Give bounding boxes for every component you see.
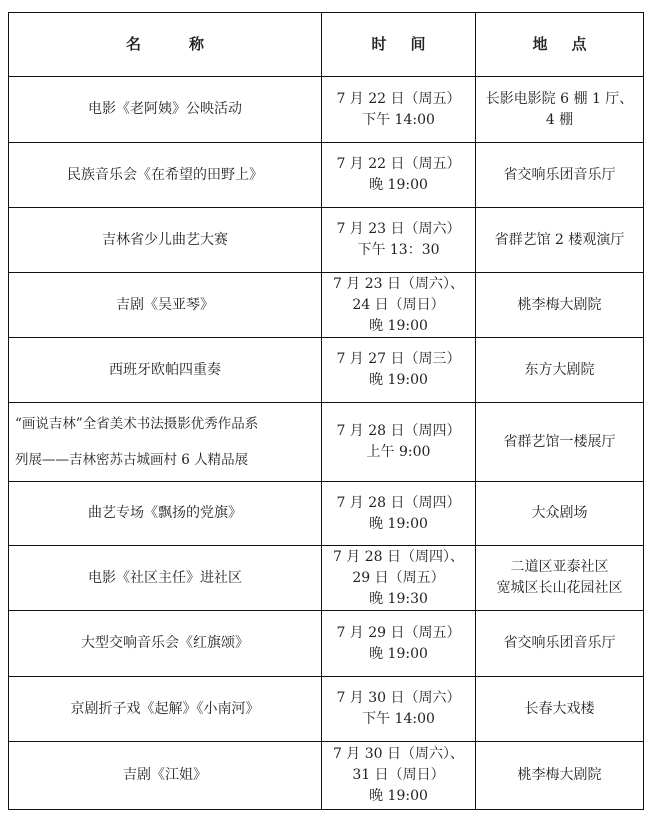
name-text: 西班牙欧帕四重奏	[11, 360, 319, 381]
time-text: 晚 19:00	[324, 786, 473, 807]
cell-time: 7 月 29 日（周五）晚 19:00	[322, 611, 476, 677]
place-text: 省交响乐团音乐厅	[478, 633, 641, 654]
header-place-char-1: 地	[532, 35, 547, 53]
cell-time: 7 月 28 日（周四）上午 9:00	[322, 403, 476, 482]
time-text: 7 月 22 日（周五）	[324, 154, 473, 175]
name-text: 民族音乐会《在希望的田野上》	[11, 165, 319, 186]
header-place: 地点	[476, 13, 644, 77]
name-text: 吉剧《吴亚琴》	[11, 295, 319, 316]
time-text: 29 日（周五）	[324, 568, 473, 589]
header-place-char-2: 点	[572, 35, 587, 53]
place-text: 省群艺馆 2 楼观演厅	[478, 230, 641, 251]
cell-time: 7 月 28 日（周四）晚 19:00	[322, 482, 476, 546]
header-name-char-2: 称	[189, 35, 204, 53]
cell-time: 7 月 23 日（周六）、24 日（周日）晚 19:00	[322, 273, 476, 338]
place-text: 省交响乐团音乐厅	[478, 165, 641, 186]
time-text: 24 日（周日）	[324, 295, 473, 316]
table-row: 电影《社区主任》进社区7 月 28 日（周四）、29 日（周五）晚 19:30二…	[9, 546, 644, 611]
cell-place: 东方大剧院	[476, 338, 644, 403]
cell-name: 吉剧《江姐》	[9, 742, 322, 810]
time-text: 晚 19:00	[324, 316, 473, 337]
cell-place: 省交响乐团音乐厅	[476, 611, 644, 677]
table-row: 曲艺专场《飘扬的党旗》7 月 28 日（周四）晚 19:00大众剧场	[9, 482, 644, 546]
table-row: 京剧折子戏《起解》《小南河》7 月 30 日（周六）下午 14:00长春大戏楼	[9, 677, 644, 742]
place-text: 二道区亚泰社区	[478, 557, 641, 578]
time-text: 下午 14:00	[324, 709, 473, 730]
time-text: 7 月 22 日（周五）	[324, 89, 473, 110]
place-text: 4 棚	[478, 110, 641, 131]
cell-place: 省群艺馆 2 楼观演厅	[476, 208, 644, 273]
cell-place: 长影电影院 6 棚 1 厅、4 棚	[476, 77, 644, 143]
cell-name: 西班牙欧帕四重奏	[9, 338, 322, 403]
time-text: 晚 19:30	[324, 589, 473, 610]
cell-time: 7 月 30 日（周六）下午 14:00	[322, 677, 476, 742]
name-text: 列展——吉林密苏古城画村 6 人精品展	[15, 442, 319, 478]
cell-place: 桃李梅大剧院	[476, 742, 644, 810]
place-text: 大众剧场	[478, 503, 641, 524]
name-text: 电影《社区主任》进社区	[11, 568, 319, 589]
header-name-char-1: 名	[126, 35, 141, 53]
time-text: 7 月 23 日（周六）、	[324, 274, 473, 295]
cell-place: 二道区亚泰社区宽城区长山花园社区	[476, 546, 644, 611]
header-time-char-1: 时	[371, 35, 386, 53]
name-text: 吉林省少儿曲艺大赛	[11, 230, 319, 251]
table-row: 吉剧《江姐》7 月 30 日（周六）、31 日（周日）晚 19:00桃李梅大剧院	[9, 742, 644, 810]
place-text: 桃李梅大剧院	[478, 765, 641, 786]
header-time-char-2: 间	[411, 35, 426, 53]
table-row: 大型交响音乐会《红旗颂》7 月 29 日（周五）晚 19:00省交响乐团音乐厅	[9, 611, 644, 677]
time-text: 7 月 28 日（周四）	[324, 421, 473, 442]
time-text: 下午 13：30	[324, 240, 473, 261]
time-text: 晚 19:00	[324, 175, 473, 196]
header-time: 时间	[322, 13, 476, 77]
table-row: 西班牙欧帕四重奏7 月 27 日（周三）晚 19:00东方大剧院	[9, 338, 644, 403]
header-row: 名称 时间 地点	[9, 13, 644, 77]
name-text: “画说吉林”全省美术书法摄影优秀作品系	[15, 406, 319, 442]
place-text: 东方大剧院	[478, 360, 641, 381]
time-text: 7 月 28 日（周四）、	[324, 547, 473, 568]
time-text: 7 月 27 日（周三）	[324, 349, 473, 370]
cell-time: 7 月 22 日（周五）晚 19:00	[322, 143, 476, 208]
time-text: 7 月 23 日（周六）	[324, 219, 473, 240]
cell-place: 大众剧场	[476, 482, 644, 546]
cell-place: 省交响乐团音乐厅	[476, 143, 644, 208]
time-text: 31 日（周日）	[324, 765, 473, 786]
place-text: 桃李梅大剧院	[478, 295, 641, 316]
cell-time: 7 月 27 日（周三）晚 19:00	[322, 338, 476, 403]
event-schedule-table: 名称 时间 地点 电影《老阿姨》公映活动7 月 22 日（周五）下午 14:00…	[8, 12, 644, 810]
cell-name: 吉林省少儿曲艺大赛	[9, 208, 322, 273]
table-row: “画说吉林”全省美术书法摄影优秀作品系列展——吉林密苏古城画村 6 人精品展7 …	[9, 403, 644, 482]
time-text: 上午 9:00	[324, 442, 473, 463]
time-text: 晚 19:00	[324, 370, 473, 391]
cell-name: 电影《社区主任》进社区	[9, 546, 322, 611]
name-text: 大型交响音乐会《红旗颂》	[11, 633, 319, 654]
cell-time: 7 月 30 日（周六）、31 日（周日）晚 19:00	[322, 742, 476, 810]
table-row: 民族音乐会《在希望的田野上》7 月 22 日（周五）晚 19:00省交响乐团音乐…	[9, 143, 644, 208]
name-text: 京剧折子戏《起解》《小南河》	[11, 699, 319, 720]
place-text: 省群艺馆一楼展厅	[478, 432, 641, 453]
name-text: 电影《老阿姨》公映活动	[11, 99, 319, 120]
cell-name: 电影《老阿姨》公映活动	[9, 77, 322, 143]
place-text: 长影电影院 6 棚 1 厅、	[478, 89, 641, 110]
cell-name: 大型交响音乐会《红旗颂》	[9, 611, 322, 677]
cell-time: 7 月 23 日（周六）下午 13：30	[322, 208, 476, 273]
time-text: 7 月 30 日（周六）、	[324, 744, 473, 765]
table-row: 吉林省少儿曲艺大赛7 月 23 日（周六）下午 13：30省群艺馆 2 楼观演厅	[9, 208, 644, 273]
table-row: 电影《老阿姨》公映活动7 月 22 日（周五）下午 14:00长影电影院 6 棚…	[9, 77, 644, 143]
time-text: 7 月 29 日（周五）	[324, 623, 473, 644]
cell-name: 京剧折子戏《起解》《小南河》	[9, 677, 322, 742]
cell-time: 7 月 22 日（周五）下午 14:00	[322, 77, 476, 143]
place-text: 宽城区长山花园社区	[478, 578, 641, 599]
cell-place: 桃李梅大剧院	[476, 273, 644, 338]
time-text: 7 月 28 日（周四）	[324, 493, 473, 514]
cell-name: 曲艺专场《飘扬的党旗》	[9, 482, 322, 546]
cell-name: 吉剧《吴亚琴》	[9, 273, 322, 338]
cell-time: 7 月 28 日（周四）、29 日（周五）晚 19:30	[322, 546, 476, 611]
time-text: 晚 19:00	[324, 514, 473, 535]
time-text: 晚 19:00	[324, 644, 473, 665]
cell-name: “画说吉林”全省美术书法摄影优秀作品系列展——吉林密苏古城画村 6 人精品展	[9, 403, 322, 482]
cell-name: 民族音乐会《在希望的田野上》	[9, 143, 322, 208]
cell-place: 省群艺馆一楼展厅	[476, 403, 644, 482]
table-row: 吉剧《吴亚琴》7 月 23 日（周六）、24 日（周日）晚 19:00桃李梅大剧…	[9, 273, 644, 338]
time-text: 7 月 30 日（周六）	[324, 688, 473, 709]
time-text: 下午 14:00	[324, 110, 473, 131]
place-text: 长春大戏楼	[478, 699, 641, 720]
name-text: 吉剧《江姐》	[11, 765, 319, 786]
name-text: 曲艺专场《飘扬的党旗》	[11, 503, 319, 524]
cell-place: 长春大戏楼	[476, 677, 644, 742]
header-name: 名称	[9, 13, 322, 77]
